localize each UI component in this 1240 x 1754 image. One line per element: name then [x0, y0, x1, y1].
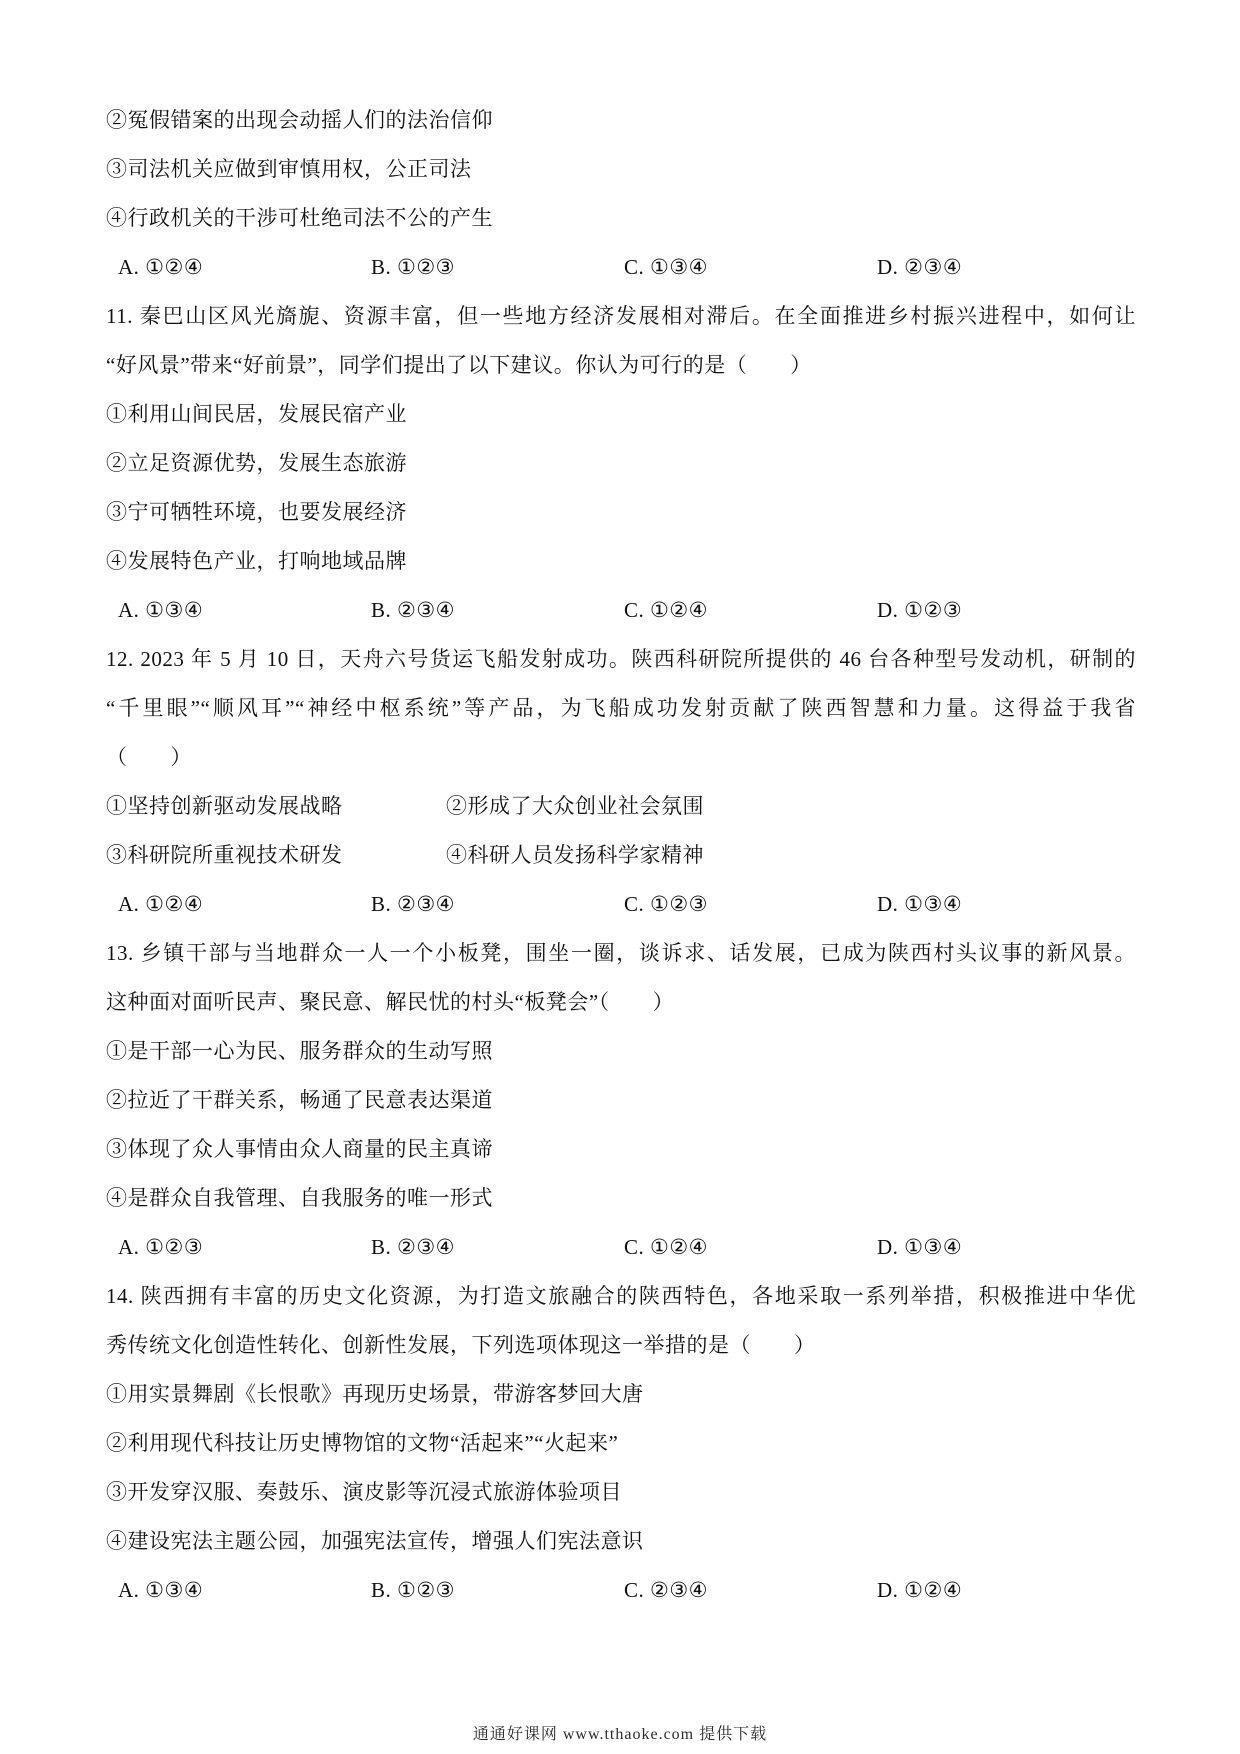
q13-option-1: ①是干部一心为民、服务群众的生动写照	[106, 1027, 1136, 1076]
q13-option-2: ②拉近了干群关系，畅通了民意表达渠道	[106, 1076, 1136, 1125]
q10-choices-row: A. ①②④ B. ①②③ C. ①③④ D. ②③④	[106, 243, 1136, 292]
q10-choice-a: A. ①②④	[118, 243, 371, 292]
q11-stem-line-1: 11. 秦巴山区风光旖旎、资源丰富，但一些地方经济发展相对滞后。在全面推进乡村振…	[106, 292, 1136, 341]
q11-choice-b: B. ②③④	[371, 586, 624, 635]
q14-choice-b: B. ①②③	[371, 1566, 624, 1615]
q14-option-2: ②利用现代科技让历史博物馆的文物“活起来”“火起来”	[106, 1419, 1136, 1468]
q11-option-1: ①利用山间民居，发展民宿产业	[106, 390, 1136, 439]
q12-stem-line-3: （ ）	[106, 733, 1136, 782]
q12-stem-line-1: 12. 2023 年 5 月 10 日，天舟六号货运飞船发射成功。陕西科研院所提…	[106, 635, 1136, 684]
q12-choice-d: D. ①③④	[877, 880, 962, 929]
q10-choice-c: C. ①③④	[624, 243, 877, 292]
q11-option-2: ②立足资源优势，发展生态旅游	[106, 439, 1136, 488]
q10-choice-b: B. ①②③	[371, 243, 624, 292]
q13-stem-line-2: 这种面对面听民声、聚民意、解民忧的村头“板凳会”（ ）	[106, 978, 1136, 1027]
q13-stem-line-1: 13. 乡镇干部与当地群众一人一个小板凳，围坐一圈，谈诉求、话发展，已成为陕西村…	[106, 929, 1136, 978]
q10-choice-d: D. ②③④	[877, 243, 962, 292]
q12-options-row-1: ①坚持创新驱动发展战略 ②形成了大众创业社会氛围	[106, 782, 1136, 831]
q12-choice-c: C. ①②③	[624, 880, 877, 929]
q14-choice-c: C. ②③④	[624, 1566, 877, 1615]
q14-option-1: ①用实景舞剧《长恨歌》再现历史场景，带游客梦回大唐	[106, 1370, 1136, 1419]
q14-choice-a: A. ①③④	[118, 1566, 371, 1615]
q11-choices-row: A. ①③④ B. ②③④ C. ①②④ D. ①②③	[106, 586, 1136, 635]
q12-choices-row: A. ①②④ B. ②③④ C. ①②③ D. ①③④	[106, 880, 1136, 929]
q12-option-3: ③科研院所重视技术研发	[106, 831, 446, 880]
q12-options-row-2: ③科研院所重视技术研发 ④科研人员发扬科学家精神	[106, 831, 1136, 880]
q13-choice-a: A. ①②③	[118, 1223, 371, 1272]
exam-content: ②冤假错案的出现会动摇人们的法治信仰 ③司法机关应做到审慎用权，公正司法 ④行政…	[106, 96, 1136, 1615]
q11-stem-line-2: “好风景”带来“好前景”，同学们提出了以下建议。你认为可行的是（ ）	[106, 341, 1136, 390]
q14-choices-row: A. ①③④ B. ①②③ C. ②③④ D. ①②④	[106, 1566, 1136, 1615]
q13-choice-c: C. ①②④	[624, 1223, 877, 1272]
q14-choice-d: D. ①②④	[877, 1566, 962, 1615]
q10-option-4: ④行政机关的干涉可杜绝司法不公的产生	[106, 194, 1136, 243]
q10-option-2: ②冤假错案的出现会动摇人们的法治信仰	[106, 96, 1136, 145]
q13-choice-d: D. ①③④	[877, 1223, 962, 1272]
q14-option-4: ④建设宪法主题公园，加强宪法宣传，增强人们宪法意识	[106, 1517, 1136, 1566]
q13-choice-b: B. ②③④	[371, 1223, 624, 1272]
q12-option-2: ②形成了大众创业社会氛围	[446, 782, 704, 831]
q14-option-3: ③开发穿汉服、奏鼓乐、演皮影等沉浸式旅游体验项目	[106, 1468, 1136, 1517]
exam-page: ②冤假错案的出现会动摇人们的法治信仰 ③司法机关应做到审慎用权，公正司法 ④行政…	[0, 0, 1240, 1754]
q12-option-4: ④科研人员发扬科学家精神	[446, 831, 704, 880]
q12-choice-a: A. ①②④	[118, 880, 371, 929]
q12-option-1: ①坚持创新驱动发展战略	[106, 782, 446, 831]
q11-choice-c: C. ①②④	[624, 586, 877, 635]
download-site-footer: 通通好课网 www.tthaoke.com 提供下载	[0, 1720, 1240, 1750]
q11-choice-d: D. ①②③	[877, 586, 962, 635]
q11-option-4: ④发展特色产业，打响地域品牌	[106, 537, 1136, 586]
q11-choice-a: A. ①③④	[118, 586, 371, 635]
q12-stem-line-2: “千里眼”“顺风耳”“神经中枢系统”等产品，为飞船成功发射贡献了陕西智慧和力量。…	[106, 684, 1136, 733]
q13-choices-row: A. ①②③ B. ②③④ C. ①②④ D. ①③④	[106, 1223, 1136, 1272]
q12-choice-b: B. ②③④	[371, 880, 624, 929]
q13-option-4: ④是群众自我管理、自我服务的唯一形式	[106, 1174, 1136, 1223]
q14-stem-line-2: 秀传统文化创造性转化、创新性发展，下列选项体现这一举措的是（ ）	[106, 1321, 1136, 1370]
q11-option-3: ③宁可牺牲环境，也要发展经济	[106, 488, 1136, 537]
q14-stem-line-1: 14. 陕西拥有丰富的历史文化资源，为打造文旅融合的陕西特色，各地采取一系列举措…	[106, 1272, 1136, 1321]
q13-option-3: ③体现了众人事情由众人商量的民主真谛	[106, 1125, 1136, 1174]
q10-option-3: ③司法机关应做到审慎用权，公正司法	[106, 145, 1136, 194]
